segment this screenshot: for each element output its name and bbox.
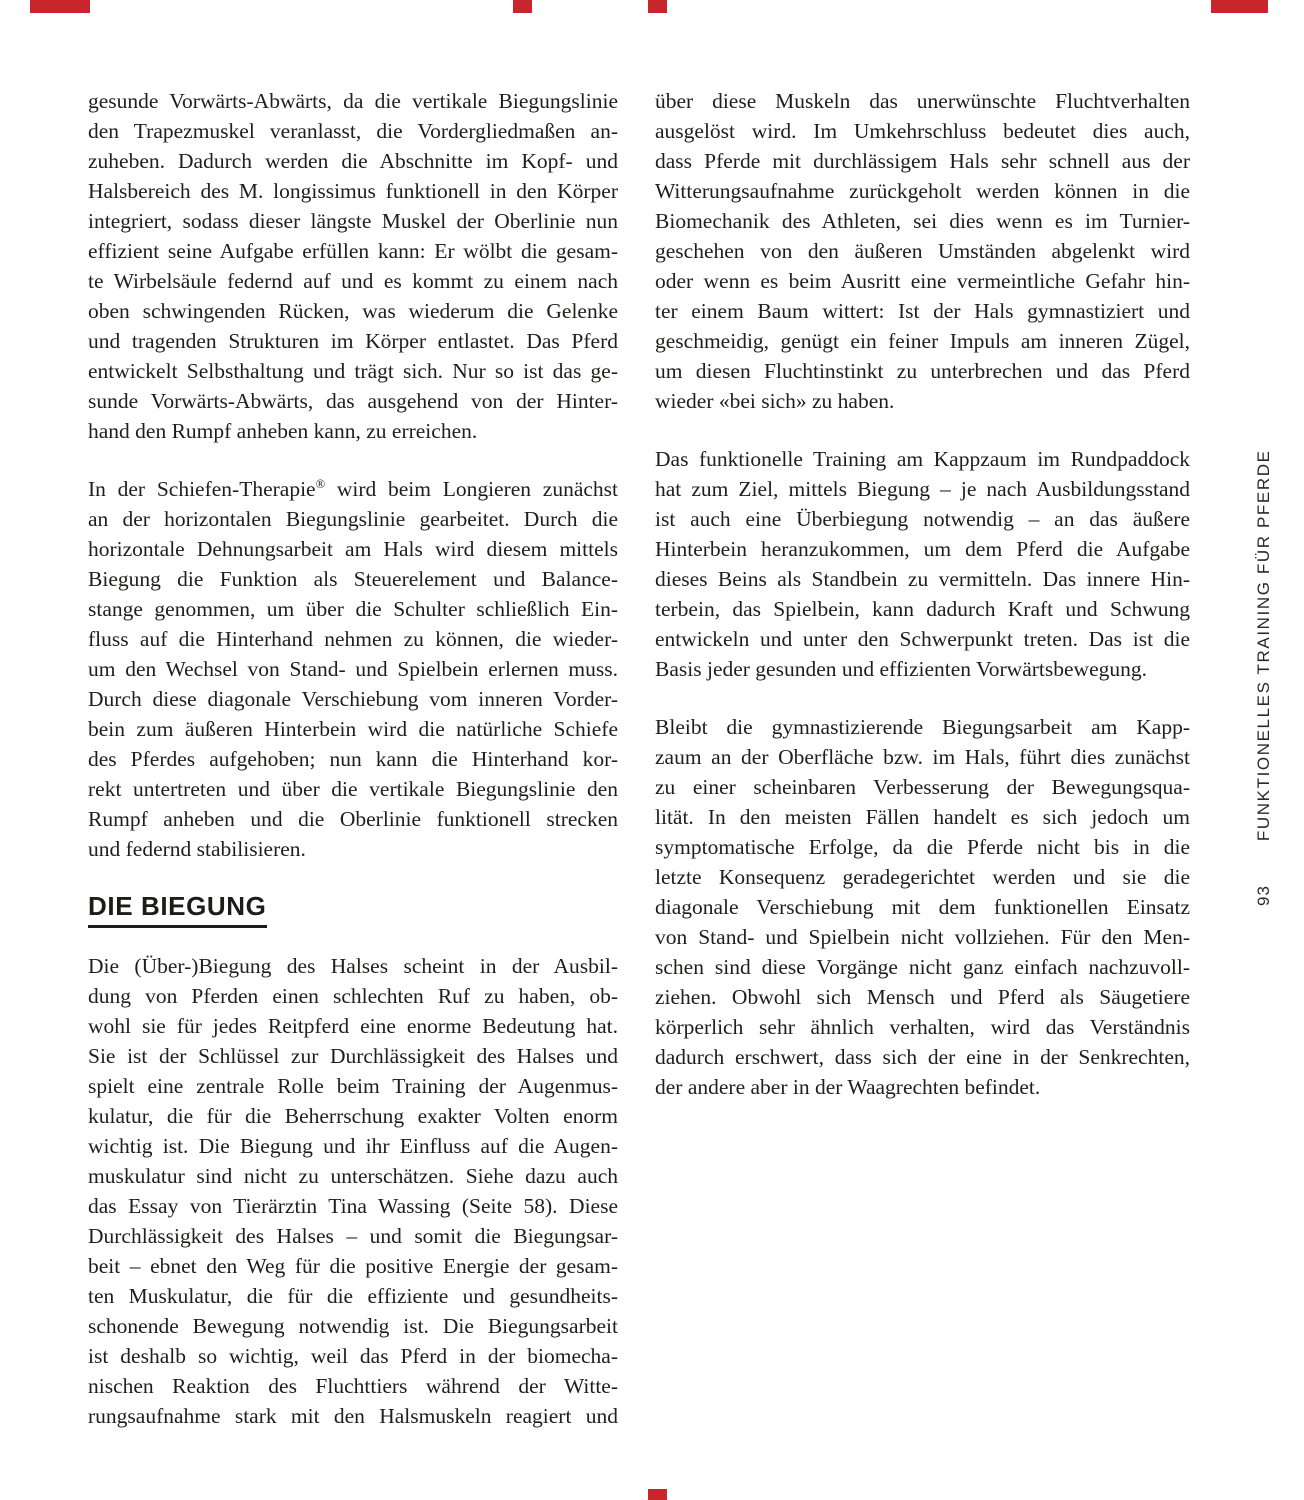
text-line: des Pferdes aufgehoben; nun kann die Hin…	[88, 744, 618, 774]
text-line: wichtig ist. Die Biegung und ihr Einflus…	[88, 1131, 618, 1161]
text-line: entwickeln und unter den Schwerpunkt tre…	[655, 624, 1190, 654]
paragraph: In der Schiefen-Therapie® wird beim Long…	[88, 474, 618, 864]
text-line: muskulatur sind nicht zu unterschätzen. …	[88, 1161, 618, 1191]
text-line: sunde Vorwärts-Abwärts, das ausgehend vo…	[88, 386, 618, 416]
text-line: gesunde Vorwärts-Abwärts, da die vertika…	[88, 86, 618, 116]
text-line: rekt untertreten und über die vertikale …	[88, 774, 618, 804]
text-line: nischen Reaktion des Fluchttiers während…	[88, 1371, 618, 1401]
text-line: Basis jeder gesunden und effizienten Vor…	[655, 654, 1190, 684]
paragraph: Das funktionelle Training am Kappzaum im…	[655, 444, 1190, 684]
paragraph: gesunde Vorwärts-Abwärts, da die vertika…	[88, 86, 618, 446]
text-line: Sie ist der Schlüssel zur Durchlässigkei…	[88, 1041, 618, 1071]
text-line: letzte Konsequenz geradegerichtet werden…	[655, 862, 1190, 892]
text-line: schonende Bewegung notwendig ist. Die Bi…	[88, 1311, 618, 1341]
text-line: über diese Muskeln das unerwünschte Fluc…	[655, 86, 1190, 116]
text-line: ausgelöst wird. Im Umkehrschluss bedeute…	[655, 116, 1190, 146]
text-line: effizient seine Aufgabe erfüllen kann: E…	[88, 236, 618, 266]
text-line: Witterungsaufnahme zurückgeholt werden k…	[655, 176, 1190, 206]
text-line: Rumpf anheben und die Oberlinie funktion…	[88, 804, 618, 834]
red-edge-mark	[30, 0, 90, 13]
red-edge-mark	[1211, 0, 1268, 13]
text-line: hat zum Ziel, mittels Biegung – je nach …	[655, 474, 1190, 504]
text-line: lität. In den meisten Fällen handelt es …	[655, 802, 1190, 832]
paragraph: Bleibt die gymnastizierende Biegungsarbe…	[655, 712, 1190, 1102]
text-line: ziehen. Obwohl sich Mensch und Pferd als…	[655, 982, 1190, 1012]
text-line: te Wirbelsäule federnd auf und es kommt …	[88, 266, 618, 296]
red-edge-mark	[513, 0, 532, 13]
text-line: Durchlässigkeit des Halses – und somit d…	[88, 1221, 618, 1251]
text-line: körperlich sehr ähnlich verhalten, wird …	[655, 1012, 1190, 1042]
text-line: Durch diese diagonale Verschiebung vom i…	[88, 684, 618, 714]
text-line: spielt eine zentrale Rolle beim Training…	[88, 1071, 618, 1101]
text-line: zuheben. Dadurch werden die Abschnitte i…	[88, 146, 618, 176]
text-line: geschehen von den äußeren Umständen abge…	[655, 236, 1190, 266]
text-line: ist deshalb so wichtig, weil das Pferd i…	[88, 1341, 618, 1371]
text-line: stange genommen, um über die Schulter sc…	[88, 594, 618, 624]
paragraph: über diese Muskeln das unerwünschte Fluc…	[655, 86, 1190, 416]
text-line: terbein, das Spielbein, kann dadurch Kra…	[655, 594, 1190, 624]
text-line: und federnd stabilisieren.	[88, 834, 618, 864]
text-line: entwickelt Selbsthaltung und trägt sich.…	[88, 356, 618, 386]
sidebar-title: FUNKTIONELLES TRAINING FÜR PFERDE	[1254, 449, 1273, 841]
text-line: integriert, sodass dieser längste Muskel…	[88, 206, 618, 236]
text-line: ist auch eine Überbiegung notwendig – an…	[655, 504, 1190, 534]
text-line: zu einer scheinbaren Verbesserung der Be…	[655, 772, 1190, 802]
text-line: ter einem Baum wittert: Ist der Hals gym…	[655, 296, 1190, 326]
text-line: beit – ebnet den Weg für die positive En…	[88, 1251, 618, 1281]
text-line: dung von Pferden einen schlechten Ruf zu…	[88, 981, 618, 1011]
paragraph: Die (Über-)Biegung des Halses scheint in…	[88, 951, 618, 1431]
text-line: Die (Über-)Biegung des Halses scheint in…	[88, 951, 618, 981]
text-line: oben schwingenden Rücken, was wiederum d…	[88, 296, 618, 326]
text-line: der andere aber in der Waagrechten befin…	[655, 1072, 1190, 1102]
text-line: dadurch erschwert, dass sich der eine in…	[655, 1042, 1190, 1072]
text-line: den Trapezmuskel veranlasst, die Vorderg…	[88, 116, 618, 146]
text-line: Hinterbein heranzukommen, um dem Pferd d…	[655, 534, 1190, 564]
text-line: diagonale Verschiebung mit dem funktione…	[655, 892, 1190, 922]
text-column-right: über diese Muskeln das unerwünschte Fluc…	[655, 86, 1190, 1130]
text-line: Biegung die Funktion als Steuerelement u…	[88, 564, 618, 594]
text-line: Das funktionelle Training am Kappzaum im…	[655, 444, 1190, 474]
sidebar-margin-label: 93FUNKTIONELLES TRAINING FÜR PFERDE	[1254, 449, 1274, 906]
text-line: horizontale Dehnungsarbeit am Hals wird …	[88, 534, 618, 564]
text-line: dieses Beins als Standbein zu vermitteln…	[655, 564, 1190, 594]
section-heading-text: DIE BIEGUNG	[88, 891, 267, 928]
text-line: bein zum äußeren Hinterbein wird die nat…	[88, 714, 618, 744]
book-page: gesunde Vorwärts-Abwärts, da die vertika…	[0, 0, 1304, 1500]
section-heading: DIE BIEGUNG	[88, 892, 618, 921]
text-line: Halsbereich des M. longissimus funktione…	[88, 176, 618, 206]
text-line: wieder «bei sich» zu haben.	[655, 386, 1190, 416]
text-line: zaum an der Oberfläche bzw. im Hals, füh…	[655, 742, 1190, 772]
text-line: ten Muskulatur, die für die effiziente u…	[88, 1281, 618, 1311]
text-line: wohl sie für jedes Reitpferd eine enorme…	[88, 1011, 618, 1041]
text-line: das Essay von Tierärztin Tina Wassing (S…	[88, 1191, 618, 1221]
text-line: oder wenn es beim Ausritt eine vermeintl…	[655, 266, 1190, 296]
text-line: und tragenden Strukturen im Körper entla…	[88, 326, 618, 356]
text-line: Biomechanik des Athleten, sei dies wenn …	[655, 206, 1190, 236]
text-line: schen sind diese Vorgänge nicht ganz ein…	[655, 952, 1190, 982]
text-line: kulatur, die für die Beherrschung exakte…	[88, 1101, 618, 1131]
red-edge-mark	[648, 1489, 667, 1500]
text-line: um den Wechsel von Stand- und Spielbein …	[88, 654, 618, 684]
text-line: um diesen Fluchtinstinkt zu unterbrechen…	[655, 356, 1190, 386]
page-number: 93	[1254, 885, 1273, 906]
text-line: fluss auf die Hinterhand nehmen zu könne…	[88, 624, 618, 654]
text-line: an der horizontalen Biegungslinie gearbe…	[88, 504, 618, 534]
text-line: geschmeidig, genügt ein feiner Impuls am…	[655, 326, 1190, 356]
text-line: von Stand- und Spielbein nicht vollziehe…	[655, 922, 1190, 952]
text-column-left: gesunde Vorwärts-Abwärts, da die vertika…	[88, 86, 618, 1459]
text-line: symptomatische Erfolge, da die Pferde ni…	[655, 832, 1190, 862]
registered-trademark-symbol: ®	[316, 477, 325, 491]
text-line: Bleibt die gymnastizierende Biegungsarbe…	[655, 712, 1190, 742]
red-edge-mark	[648, 0, 667, 13]
text-line: dass Pferde mit durchlässigem Hals sehr …	[655, 146, 1190, 176]
text-line: rungsaufnahme stark mit den Halsmuskeln …	[88, 1401, 618, 1431]
text-line: In der Schiefen-Therapie® wird beim Long…	[88, 474, 618, 504]
text-line: hand den Rumpf anheben kann, zu erreiche…	[88, 416, 618, 446]
